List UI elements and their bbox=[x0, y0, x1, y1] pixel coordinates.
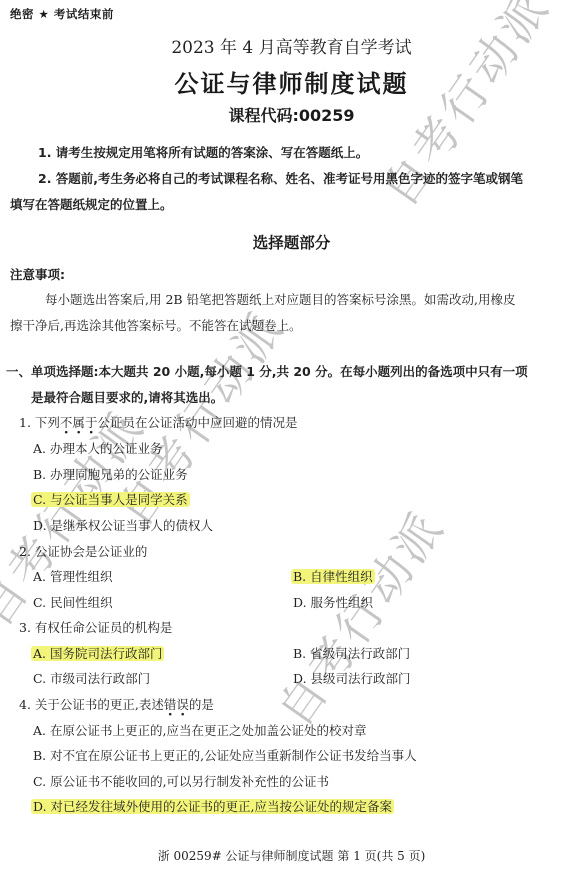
question-2-stem: 2. 公证协会是公证业的 bbox=[19, 542, 147, 560]
stem-suffix: 的是 bbox=[189, 697, 214, 712]
part-heading-line1: 一、单项选择题:本大题共 20 小题,每小题 1 分,共 20 分。在每小题列出… bbox=[6, 362, 528, 380]
exam-title: 2023 年 4 月高等教育自学考试 bbox=[0, 33, 583, 58]
part-heading-line2: 是最符合题目要求的,请将其选出。 bbox=[31, 388, 223, 406]
instruction-2-line1: 2. 答题前,考生务必将自己的考试课程名称、姓名、准考证号用黑色字迹的签字笔或钢… bbox=[38, 169, 523, 187]
question-1-option-b[interactable]: B. 办理同胞兄弟的公证业务 bbox=[33, 465, 188, 483]
question-3-option-d[interactable]: D. 县级司法行政部门 bbox=[293, 669, 411, 687]
question-3-stem: 3. 有权任命公证员的机构是 bbox=[19, 618, 172, 636]
highlight-mark: C. 与公证当事人是同学关系 bbox=[31, 492, 190, 507]
question-4-option-c[interactable]: C. 原公证书不能收回的,可以另行制发补充性的公证书 bbox=[33, 772, 329, 790]
instruction-2-line2: 填写在答题纸规定的位置上。 bbox=[10, 195, 173, 213]
secrecy-label: 绝密 ★ 考试结束前 bbox=[10, 6, 114, 22]
course-code: 课程代码:00259 bbox=[0, 103, 583, 126]
emphasis-char: 于 bbox=[85, 415, 98, 430]
subject-title: 公证与律师制度试题 bbox=[0, 64, 583, 99]
question-4-stem: 4. 关于公证书的更正,表述错误的是 bbox=[19, 695, 214, 713]
question-3-option-b[interactable]: B. 省级司法行政部门 bbox=[293, 644, 410, 662]
emphasis-char: 错 bbox=[164, 697, 177, 712]
instruction-1: 1. 请考生按规定用笔将所有试题的答案涂、写在答题纸上。 bbox=[38, 143, 368, 161]
question-1-option-d[interactable]: D. 是继承权公证当事人的债权人 bbox=[33, 516, 213, 534]
highlight-mark: B. 自律性组织 bbox=[291, 569, 375, 584]
question-3-option-a[interactable]: A. 国务院司法行政部门 bbox=[33, 644, 164, 662]
question-4-option-a[interactable]: A. 在原公证书上更正的,应当在更正之处加盖公证处的校对章 bbox=[33, 721, 366, 739]
question-1-option-c[interactable]: C. 与公证当事人是同学关系 bbox=[33, 490, 190, 508]
section-title: 选择题部分 bbox=[0, 231, 583, 253]
stem-prefix: 1. 下列 bbox=[19, 415, 60, 430]
question-3-option-c[interactable]: C. 市级司法行政部门 bbox=[33, 669, 150, 687]
watermark: 自考行动派 bbox=[260, 495, 457, 738]
notice-line2: 擦干净后,再选涂其他答案标号。不能答在试题卷上。 bbox=[10, 316, 301, 334]
emphasis-char: 误 bbox=[176, 697, 189, 712]
question-4-option-b[interactable]: B. 对不宜在原公证书上更正的,公证处应当重新制作公证书发给当事人 bbox=[33, 746, 417, 764]
question-1-option-a[interactable]: A. 办理本人的公证业务 bbox=[33, 439, 162, 457]
highlight-mark: A. 国务院司法行政部门 bbox=[31, 646, 164, 661]
question-1-stem: 1. 下列不属于公证员在公证活动中应回避的情况是 bbox=[19, 413, 297, 431]
notice-line1: 每小题选出答案后,用 2B 铅笔把答题纸上对应题目的答案标号涂黑。如需改动,用橡… bbox=[45, 290, 516, 308]
stem-suffix: 公证员在公证活动中应回避的情况是 bbox=[97, 415, 297, 430]
emphasis-char: 不 bbox=[60, 415, 73, 430]
emphasis-char: 属 bbox=[72, 415, 85, 430]
page-footer: 浙 00259# 公证与律师制度试题 第 1 页(共 5 页) bbox=[0, 847, 583, 864]
stem-prefix: 4. 关于公证书的更正,表述 bbox=[19, 697, 164, 712]
question-2-option-a[interactable]: A. 管理性组织 bbox=[33, 567, 112, 585]
question-2-option-b[interactable]: B. 自律性组织 bbox=[293, 567, 375, 585]
question-2-option-c[interactable]: C. 民间性组织 bbox=[33, 593, 113, 611]
question-2-option-d[interactable]: D. 服务性组织 bbox=[293, 593, 373, 611]
highlight-mark: D. 对已经发往域外使用的公证书的更正,应当按公证处的规定备案 bbox=[31, 799, 394, 814]
notice-label: 注意事项: bbox=[10, 265, 65, 283]
question-4-option-d[interactable]: D. 对已经发往域外使用的公证书的更正,应当按公证处的规定备案 bbox=[33, 797, 394, 815]
